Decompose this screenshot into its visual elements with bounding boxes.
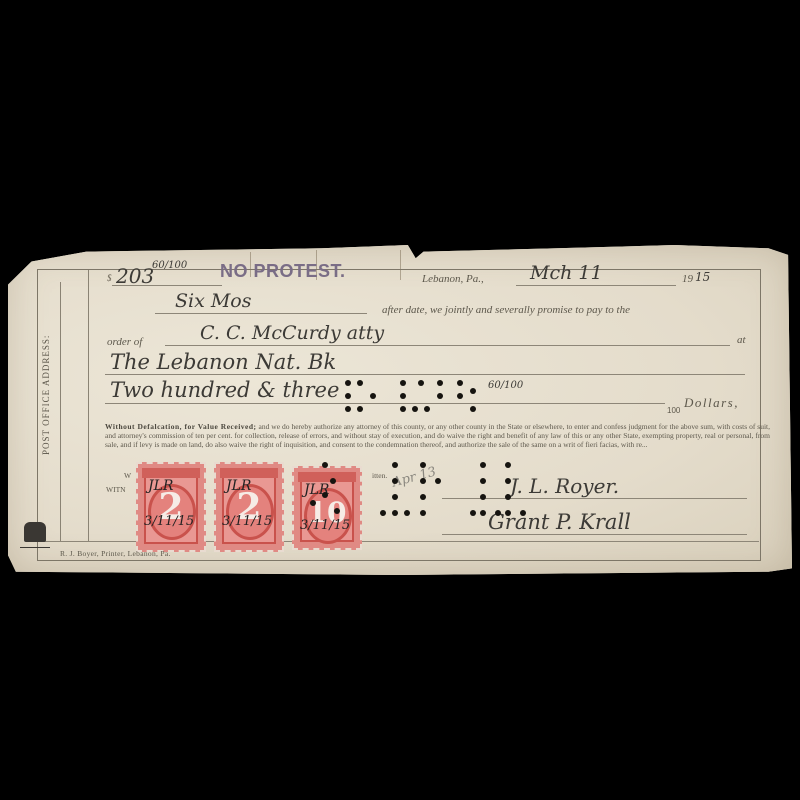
side-column-rule xyxy=(88,270,89,542)
stamp-cancel-initials: JLR xyxy=(148,478,173,494)
stamp-cancel-date: 3/11/15 xyxy=(300,518,350,533)
perforation-dot xyxy=(392,494,398,500)
stamp-cancel-date: 3/11/15 xyxy=(222,514,272,529)
perforation-dot xyxy=(420,494,426,500)
perforation-dot xyxy=(418,380,424,386)
perforation-dot xyxy=(457,393,463,399)
perforation-dot xyxy=(520,510,526,516)
printer-logo-rule xyxy=(20,547,50,548)
perforation-dot xyxy=(505,494,511,500)
perforation-dot xyxy=(392,510,398,516)
printer-logo-icon xyxy=(24,522,46,542)
date-underline xyxy=(516,285,676,286)
perforation-dot xyxy=(457,380,463,386)
revenue-stamp-2: 2 JLR 3/11/15 xyxy=(214,462,284,552)
perforation-dot xyxy=(480,510,486,516)
perforation-dot xyxy=(400,393,406,399)
perforation-dot xyxy=(505,510,511,516)
bank-handwritten: The Lebanon Nat. Bk xyxy=(110,350,336,374)
perforation-dot xyxy=(345,406,351,412)
order-of-label: order of xyxy=(107,336,142,348)
perforation-dot xyxy=(322,492,328,498)
perforation-dot xyxy=(420,510,426,516)
legal-clause: Without Defalcation, for Value Received;… xyxy=(105,422,770,449)
cents-denominator: 100 xyxy=(667,406,680,415)
perforation-dot xyxy=(505,462,511,468)
perforation-dot xyxy=(392,462,398,468)
perforation-dot xyxy=(437,380,443,386)
perforation-dot xyxy=(345,393,351,399)
currency-symbol: $ xyxy=(107,273,112,283)
perforation-dot xyxy=(380,510,386,516)
amount-underline xyxy=(112,285,222,286)
stamp-cancel-initials: JLR xyxy=(226,478,251,494)
witness-label: WITN xyxy=(106,485,126,494)
revenue-stamp-3: 10 JLR 3/11/15 xyxy=(292,466,362,550)
perforation-dot xyxy=(420,478,426,484)
perforation-dot xyxy=(470,388,476,394)
witness-trailing: itten. xyxy=(372,471,387,480)
perforation-dot xyxy=(420,462,426,468)
date-handwritten: Mch 11 xyxy=(530,262,603,284)
legal-lead: Without Defalcation, for Value Received; xyxy=(105,422,257,431)
side-column-rule xyxy=(60,282,61,542)
dollars-label: Dollars, xyxy=(684,395,739,411)
year-handwritten: 15 xyxy=(695,270,710,284)
signature-1: J. L. Royer. xyxy=(510,474,619,498)
post-office-address-label: POST OFFICE ADDRESS: xyxy=(41,335,51,455)
perforation-dot xyxy=(470,406,476,412)
signature-2-line xyxy=(442,534,747,535)
perforation-dot xyxy=(495,510,501,516)
payee-underline xyxy=(165,345,730,346)
term-printed-text: after date, we jointly and severally pro… xyxy=(382,304,630,316)
place-label: Lebanon, Pa., xyxy=(422,273,484,285)
signature-1-line xyxy=(442,498,747,499)
perforation-dot xyxy=(357,406,363,412)
term-underline xyxy=(155,313,367,314)
perforation-dot xyxy=(392,478,398,484)
perforation-dot xyxy=(505,478,511,484)
amount-words-cents: 60/100 xyxy=(488,380,523,391)
perforation-dot xyxy=(470,510,476,516)
perforation-dot xyxy=(334,508,340,514)
perforation-dot xyxy=(480,494,486,500)
perforation-dot xyxy=(480,462,486,468)
perforation-dot xyxy=(330,478,336,484)
perforation-dot xyxy=(400,406,406,412)
amount-words-underline xyxy=(105,403,665,404)
payee-handwritten: C. C. McCurdy atty xyxy=(200,322,384,344)
perforation-dot xyxy=(310,500,316,506)
amount-cents-figures: 60/100 xyxy=(152,260,187,271)
perforation-dot xyxy=(400,380,406,386)
perforation-dot xyxy=(480,478,486,484)
term-handwritten: Six Mos xyxy=(175,290,252,312)
at-label: at xyxy=(737,334,746,346)
perforation-dot xyxy=(357,380,363,386)
perforation-dot xyxy=(322,462,328,468)
perforation-dot xyxy=(424,406,430,412)
perforation-dot xyxy=(437,393,443,399)
year-prefix: 19 xyxy=(682,273,693,285)
printer-credit: R. J. Boyer, Printer, Lebanon, Pa. xyxy=(60,549,171,558)
perforation-dot xyxy=(435,478,441,484)
stamp-cancel-date: 3/11/15 xyxy=(144,514,194,529)
perforation-dot xyxy=(412,406,418,412)
perforation-dot xyxy=(345,380,351,386)
perforation-dot xyxy=(370,393,376,399)
witness-prefix: W xyxy=(124,471,131,480)
no-protest-stamp: NO PROTEST. xyxy=(220,261,346,282)
perforation-dot xyxy=(404,510,410,516)
revenue-stamp-1: 2 JLR 3/11/15 xyxy=(136,462,206,552)
amount-words-handwritten: Two hundred & three xyxy=(110,378,339,402)
bank-underline xyxy=(105,374,745,375)
